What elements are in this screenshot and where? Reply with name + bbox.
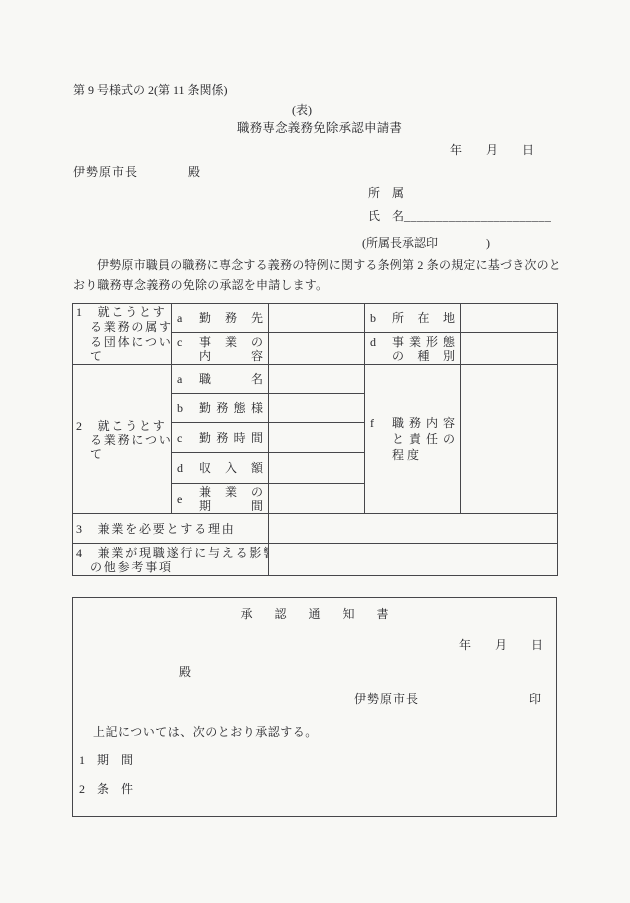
item-letter: f (370, 416, 392, 430)
workplace-label: 勤務先 (199, 311, 263, 325)
location-label: 所在地 (392, 311, 455, 325)
notice-issuer: 伊勢原市長 (354, 692, 419, 706)
cell-2e-value (269, 484, 365, 514)
scanned-form-page: 第 9 号様式の 2(第 11 条関係) (表) 職務専念義務免除承認申請書 年… (0, 0, 630, 903)
work-style-label: 勤務態様 (199, 401, 263, 415)
cell-2d-label: d収入額 (172, 453, 269, 484)
item-letter: a (177, 372, 199, 386)
row4-value (269, 544, 558, 576)
item-letter: c (177, 335, 199, 349)
approval-notice-box: 承認通知書 年 月 日 殿 伊勢原市長 印 上記については、次のとおり承認する。… (72, 597, 557, 817)
cell-2b-label: b勤務態様 (172, 394, 269, 423)
cell-1d-value (461, 333, 558, 365)
item-letter: b (370, 311, 392, 325)
application-table: 1 就こうとす る業務の属す る団体につい て a勤務先 b所在地 c 事業の (72, 303, 558, 576)
job-title-label: 職名 (199, 372, 263, 386)
name-label: 氏 名 (368, 209, 404, 223)
cell-2a-label: a職名 (172, 365, 269, 394)
work-hours-label: 勤務時間 (199, 431, 263, 445)
cell-2c-label: c勤務時間 (172, 423, 269, 453)
reason-label: 3 兼業を必要とする理由 (73, 521, 268, 536)
notice-date-line: 年 月 日 (459, 638, 543, 652)
row3-value (269, 514, 558, 544)
name-underline: _______________________ (404, 209, 551, 223)
cell-2b-value (269, 394, 365, 423)
business-type-label: 事業形態 の種別 (392, 335, 455, 363)
application-statement-line-1: 伊勢原市職員の職務に専念する義務の特例に関する条例第 2 条の規定に基づき次のと (73, 258, 561, 272)
cell-1b-value (461, 304, 558, 333)
item-letter: b (177, 401, 199, 415)
cell-1d-label: d 事業形態 の種別 (365, 333, 461, 365)
supervisor-seal-note: (所属長承認印 ) (362, 236, 490, 250)
cell-2f-value (461, 365, 558, 514)
affiliation-label: 所 属 (368, 186, 404, 200)
notice-item-period: 1 期 間 (79, 753, 133, 767)
application-statement-line-2: おり職務専念義務の免除の承認を申請します。 (73, 278, 328, 292)
cell-2e-label: e 兼業の 期間 (172, 484, 269, 514)
duty-responsibility-label: 職務内容 と責任の 程 度 (392, 415, 455, 463)
cell-2f-label: f 職務内容 と責任の 程 度 (365, 365, 461, 514)
item-letter: e (177, 492, 199, 506)
cell-1a-value (269, 304, 365, 333)
addressee-honorific: 殿 (188, 165, 200, 179)
notice-title: 承認通知書 (73, 607, 556, 621)
cell-2c-value (269, 423, 365, 453)
row3-label-cell: 3 兼業を必要とする理由 (73, 514, 269, 544)
section2-label: 2 就こうとす る業務につい て (73, 418, 171, 461)
item-letter: c (177, 431, 199, 445)
item-letter: a (177, 311, 199, 325)
notice-seal-mark: 印 (529, 692, 541, 706)
notice-statement: 上記については、次のとおり承認する。 (93, 725, 318, 739)
section1-label-cell: 1 就こうとす る業務の属す る団体につい て (73, 304, 172, 365)
cell-1b-label: b所在地 (365, 304, 461, 333)
notice-honorific: 殿 (179, 665, 191, 679)
income-label: 収入額 (199, 461, 263, 475)
application-date-line: 年 月 日 (450, 143, 534, 157)
side-job-period-label: 兼業の 期間 (199, 485, 263, 513)
business-content-label: 事業の 内容 (199, 335, 263, 363)
name-line: 氏 名_______________________ (368, 209, 551, 223)
cell-2a-value (269, 365, 365, 394)
form-number: 第 9 号様式の 2(第 11 条関係) (73, 83, 228, 97)
notice-item-conditions: 2 条 件 (79, 782, 133, 796)
section1-label: 1 就こうとす る業務の属す る団体につい て (73, 304, 171, 364)
side-indicator: (表) (292, 103, 312, 117)
addressee-mayor: 伊勢原市長 (73, 165, 138, 179)
cell-1c-value (269, 333, 365, 365)
cell-1c-label: c 事業の 内容 (172, 333, 269, 365)
row4-label-cell: 4 兼業が現職遂行に与える影響そ の他参考事項 (73, 544, 269, 576)
cell-1a-label: a勤務先 (172, 304, 269, 333)
item-letter: d (370, 335, 392, 349)
impact-label: 4 兼業が現職遂行に与える影響そ の他参考事項 (73, 545, 268, 574)
form-title: 職務専念義務免除承認申請書 (237, 121, 402, 135)
cell-2d-value (269, 453, 365, 484)
section2-label-cell: 2 就こうとす る業務につい て (73, 365, 172, 514)
item-letter: d (177, 461, 199, 475)
